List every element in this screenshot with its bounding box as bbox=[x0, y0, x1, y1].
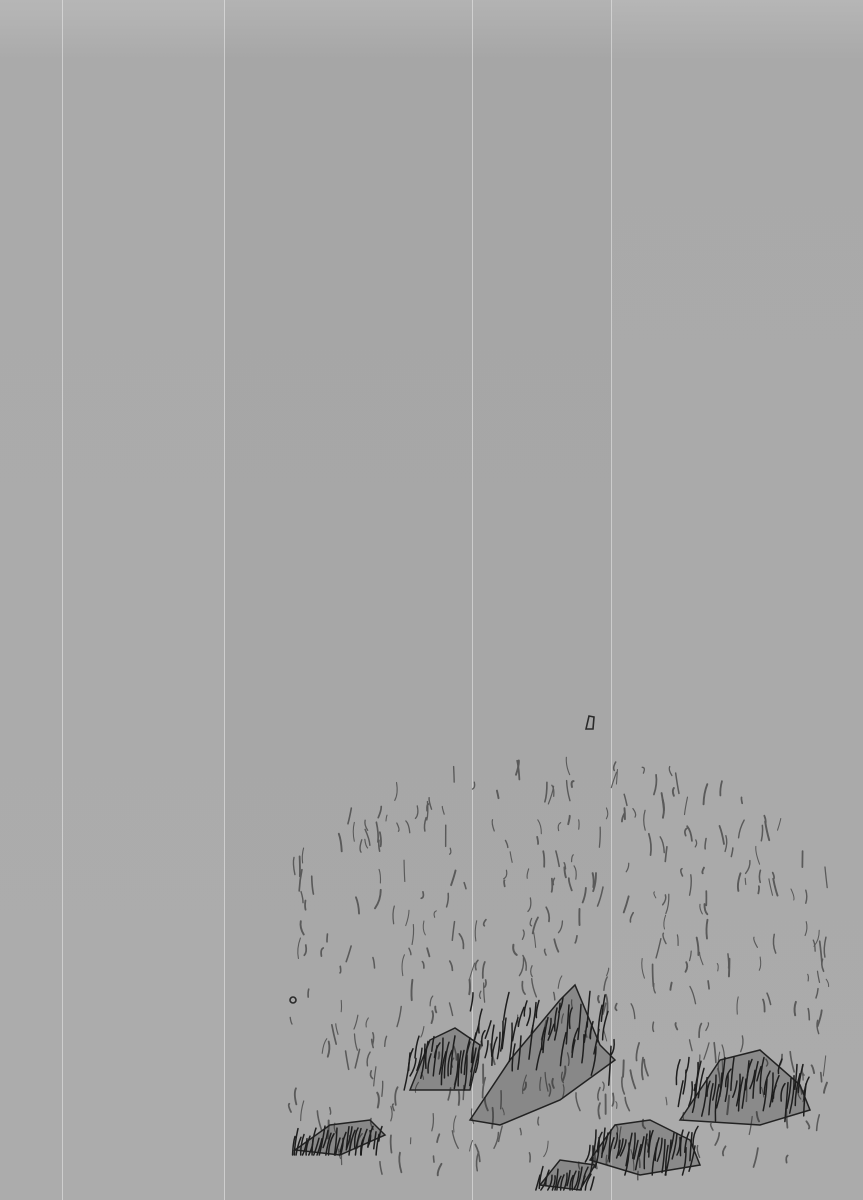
small-mark bbox=[290, 716, 594, 1003]
rock-hatching bbox=[293, 985, 810, 1190]
pencil-drawing bbox=[0, 0, 863, 1200]
sketch-paper bbox=[0, 0, 863, 1200]
